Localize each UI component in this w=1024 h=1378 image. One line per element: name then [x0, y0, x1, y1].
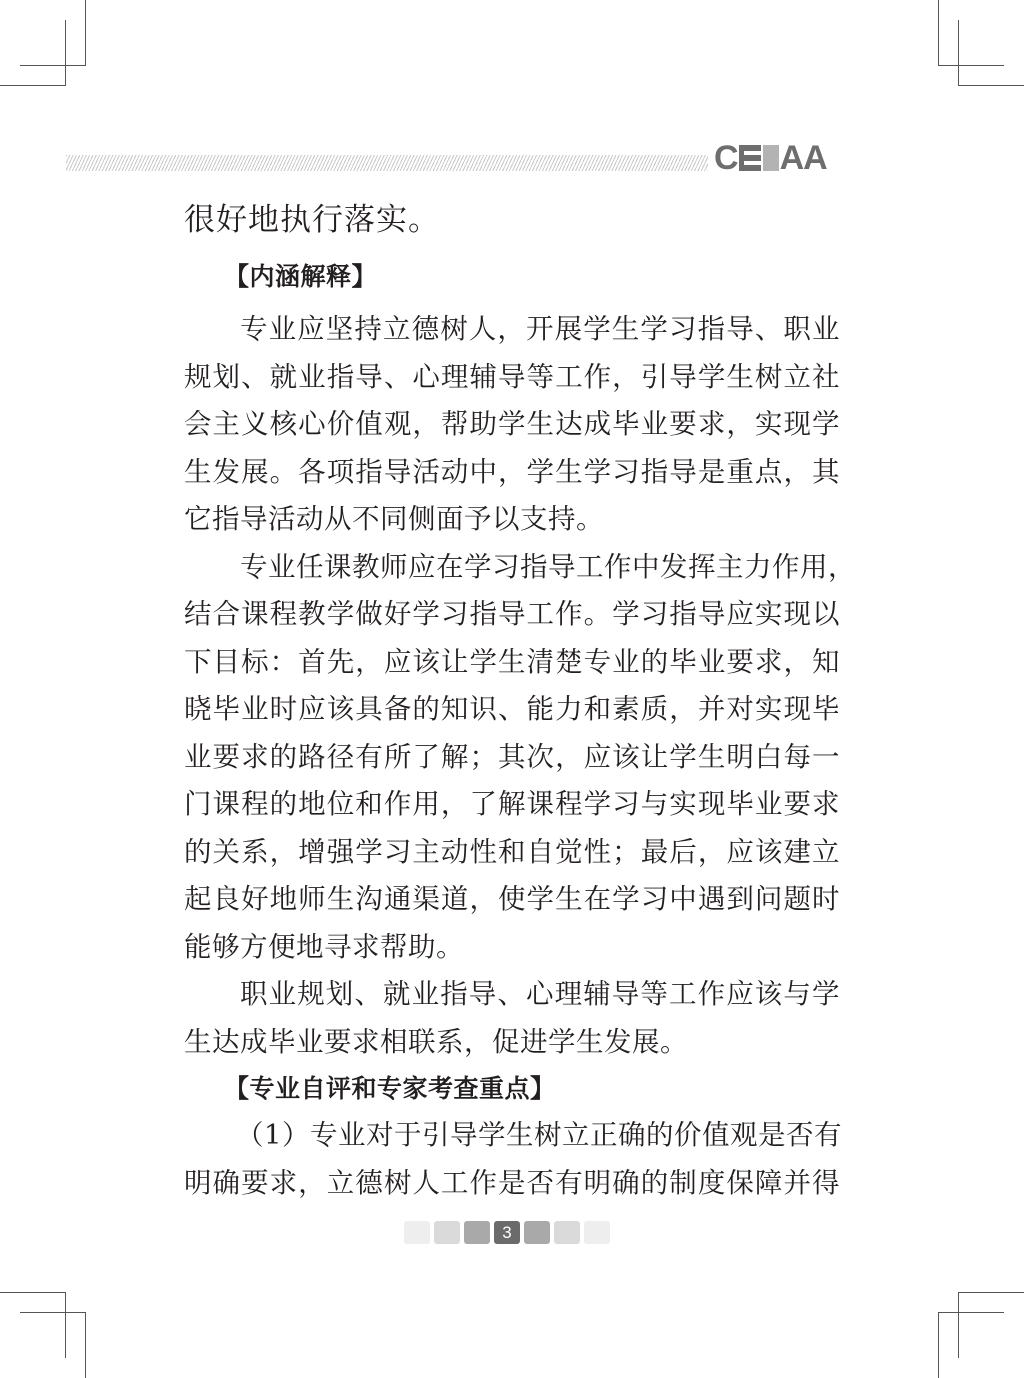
crop-mark-top-right-outer-v: [938, 0, 939, 66]
text-line: 职业规划、就业指导、心理辅导等工作应该与学: [184, 971, 840, 1019]
crop-mark-top-right-outer-h: [938, 65, 1004, 66]
text-line: 能够方便地寻求帮助。: [184, 924, 840, 972]
pager-box: [554, 1221, 580, 1244]
pager-box: [434, 1221, 460, 1244]
crop-mark-bottom-left-outer-v: [65, 1292, 66, 1358]
crop-mark-top-left-outer-v: [85, 0, 86, 66]
paragraph-1: 专业应坚持立德树人，开展学生学习指导、职业 规划、就业指导、心理辅导等工作，引导…: [184, 306, 840, 544]
section-heading-explanation: 【内涵解释】: [168, 248, 840, 306]
text-line: 门课程的地位和作用，了解课程学习与实现毕业要求: [184, 781, 840, 829]
text-line: 的关系，增强学习主动性和自觉性；最后，应该建立: [184, 829, 840, 877]
logo-e-block-icon: [739, 145, 761, 171]
text-line: 结合课程教学做好学习指导工作。学习指导应实现以: [184, 591, 840, 639]
text-line: 明确要求，立德树人工作是否有明确的制度保障并得: [184, 1160, 840, 1208]
pager-box: [524, 1221, 550, 1244]
continuation-line: 很好地执行落实。: [184, 196, 840, 248]
crop-mark-bottom-left-inner-v: [85, 1312, 86, 1378]
pager-box: [584, 1221, 610, 1244]
logo-left: C: [714, 142, 738, 174]
text-line: 会主义核心价值观，帮助学生达成毕业要求，实现学: [184, 401, 840, 449]
text-line: 专业应坚持立德树人，开展学生学习指导、职业: [184, 306, 840, 354]
pager-box: [404, 1221, 430, 1244]
text-line: 下目标：首先，应该让学生清楚专业的毕业要求，知: [184, 639, 840, 687]
paragraph-2: 专业任课教师应在学习指导工作中发挥主力作用， 结合课程教学做好学习指导工作。学习…: [184, 544, 840, 972]
header-hatch-stripe: [66, 155, 708, 171]
crop-mark-bottom-right-inner-h: [938, 1312, 1004, 1313]
crop-mark-bottom-right-outer-v: [958, 1292, 959, 1358]
crop-mark-bottom-right-inner-v: [938, 1312, 939, 1378]
crop-mark-top-left-inner-v: [65, 20, 66, 86]
text-line: 规划、就业指导、心理辅导等工作，引导学生树立社: [184, 354, 840, 402]
crop-mark-bottom-left-outer-h: [0, 1292, 66, 1293]
document-body: 很好地执行落实。 【内涵解释】 专业应坚持立德树人，开展学生学习指导、职业 规划…: [184, 196, 840, 1207]
text-line: 专业任课教师应在学习指导工作中发挥主力作用，: [184, 544, 840, 592]
page-indicator: 3: [404, 1221, 610, 1244]
crop-mark-top-right-inner-v: [958, 20, 959, 86]
crop-mark-bottom-left-inner-h: [20, 1312, 86, 1313]
crop-mark-top-left-inner-h: [0, 85, 66, 86]
paragraph-3: 职业规划、就业指导、心理辅导等工作应该与学 生达成毕业要求相联系，促进学生发展。: [184, 971, 840, 1066]
text-line: 它指导活动从不同侧面予以支持。: [184, 496, 840, 544]
text-line: 业要求的路径有所了解；其次，应该让学生明白每一: [184, 734, 840, 782]
page-number: 3: [494, 1221, 520, 1244]
text-line: 生达成毕业要求相联系，促进学生发展。: [184, 1019, 840, 1067]
crop-mark-top-left-outer-h: [20, 65, 86, 66]
text-line: 起良好地师生沟通渠道，使学生在学习中遇到问题时: [184, 876, 840, 924]
section-heading-review-focus: 【专业自评和专家考查重点】: [168, 1066, 840, 1112]
text-line: （1）专业对于引导学生树立正确的价值观是否有: [184, 1112, 840, 1160]
paragraph-4: （1）专业对于引导学生树立正确的价值观是否有 明确要求，立德树人工作是否有明确的…: [184, 1112, 840, 1207]
logo-e-light-block-icon: [763, 145, 779, 171]
logo-right: AA: [780, 142, 827, 174]
crop-mark-bottom-right-outer-h: [958, 1292, 1024, 1293]
crop-mark-top-right-inner-h: [958, 85, 1024, 86]
pager-box: [464, 1221, 490, 1244]
text-line: 晓毕业时应该具备的知识、能力和素质，并对实现毕: [184, 686, 840, 734]
ceeaa-logo: CAA: [714, 142, 827, 174]
text-line: 生发展。各项指导活动中，学生学习指导是重点，其: [184, 449, 840, 497]
